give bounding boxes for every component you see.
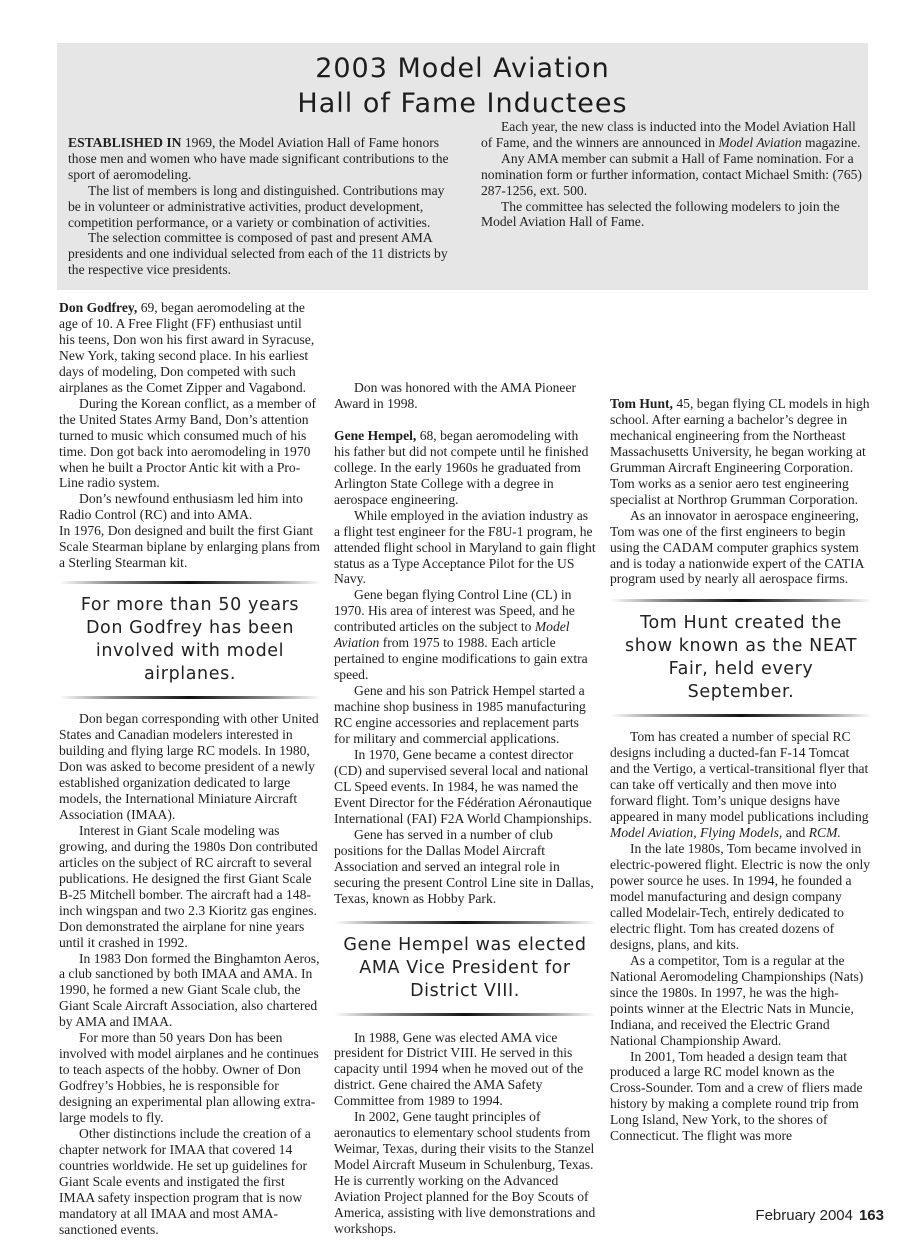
body-paragraph: Gene has served in a number of club posi… bbox=[334, 827, 596, 907]
section-gap bbox=[334, 412, 596, 428]
inductee-name: Gene Hempel, bbox=[334, 428, 416, 443]
intro-paragraph: ESTABLISHED IN 1969, the Model Aviation … bbox=[68, 135, 454, 183]
inductee-name: Don Godfrey, bbox=[59, 300, 137, 315]
pull-quote-text: Tom Hunt created the show known as the N… bbox=[610, 602, 872, 714]
page-number: 163 bbox=[859, 1207, 884, 1224]
intro-paragraph: The selection committee is composed of p… bbox=[68, 230, 454, 278]
body-paragraph: Gene and his son Patrick Hempel started … bbox=[334, 683, 596, 747]
body-paragraph: Don began corresponding with other Unite… bbox=[59, 711, 321, 823]
page-footer: February 2004163 bbox=[755, 1207, 884, 1224]
pull-quote: Tom Hunt created the show known as the N… bbox=[610, 599, 872, 717]
pull-quote-rule bbox=[610, 714, 872, 717]
body-paragraph: Gene began flying Control Line (CL) in 1… bbox=[334, 587, 596, 683]
page-title-line-2: Hall of Fame Inductees bbox=[297, 88, 627, 119]
intro-column-left: ESTABLISHED IN 1969, the Model Aviation … bbox=[68, 135, 454, 278]
inductee-name: Tom Hunt, bbox=[610, 396, 673, 411]
body-paragraph: Don was honored with the AMA Pioneer Awa… bbox=[334, 380, 596, 412]
body-paragraph: Other distinctions include the creation … bbox=[59, 1126, 321, 1238]
body-paragraph: Interest in Giant Scale modeling was gro… bbox=[59, 823, 321, 951]
body-paragraph: In 2001, Tom headed a design team that p… bbox=[610, 1049, 872, 1145]
intro-paragraph: The committee has selected the following… bbox=[481, 199, 863, 231]
page-title: 2003 Model Aviation Hall of Fame Inducte… bbox=[57, 51, 868, 121]
body-paragraph: In 1988, Gene was elected AMA vice presi… bbox=[334, 1030, 596, 1110]
intro-paragraph: Any AMA member can submit a Hall of Fame… bbox=[481, 151, 863, 199]
article-column-2: Don was honored with the AMA Pioneer Awa… bbox=[334, 300, 596, 1237]
inductee-godfrey-intro: Don Godfrey, 69, began aeromodeling at t… bbox=[59, 300, 321, 396]
page-title-line-1: 2003 Model Aviation bbox=[315, 53, 610, 84]
pull-quote-rule bbox=[59, 696, 321, 699]
body-paragraph: In 1976, Don designed and built the firs… bbox=[59, 523, 321, 571]
article-column-1: Don Godfrey, 69, began aeromodeling at t… bbox=[59, 300, 321, 1238]
body-paragraph: During the Korean conflict, as a member … bbox=[59, 396, 321, 492]
pull-quote-rule bbox=[334, 1013, 596, 1016]
body-paragraph: Don’s newfound enthusiasm led him into R… bbox=[59, 491, 321, 523]
inductee-hempel-intro: Gene Hempel, 68, began aeromodeling with… bbox=[334, 428, 596, 508]
intro-box: 2003 Model Aviation Hall of Fame Inducte… bbox=[57, 43, 868, 290]
intro-lead: ESTABLISHED IN bbox=[68, 135, 181, 150]
intro-paragraph: Each year, the new class is inducted int… bbox=[481, 119, 863, 151]
body-paragraph: Tom has created a number of special RC d… bbox=[610, 729, 872, 841]
issue-date: February 2004 bbox=[755, 1207, 853, 1224]
body-paragraph: While employed in the aviation industry … bbox=[334, 508, 596, 588]
pull-quote-text: For more than 50 years Don Godfrey has b… bbox=[59, 584, 321, 696]
inductee-hunt-intro: Tom Hunt, 45, began flying CL models in … bbox=[610, 396, 872, 508]
body-paragraph: In 1983 Don formed the Binghamton Aeros,… bbox=[59, 951, 321, 1031]
pull-quote: For more than 50 years Don Godfrey has b… bbox=[59, 581, 321, 699]
intro-column-right: Each year, the new class is inducted int… bbox=[481, 119, 863, 230]
pull-quote: Gene Hempel was elected AMA Vice Preside… bbox=[334, 921, 596, 1016]
body-paragraph: In the late 1980s, Tom became involved i… bbox=[610, 841, 872, 953]
article-column-3: Tom Hunt, 45, began flying CL models in … bbox=[610, 380, 872, 1144]
body-paragraph: In 1970, Gene became a contest director … bbox=[334, 747, 596, 827]
body-paragraph: As an innovator in aerospace engineering… bbox=[610, 508, 872, 588]
section-gap bbox=[610, 380, 872, 396]
pull-quote-text: Gene Hempel was elected AMA Vice Preside… bbox=[334, 924, 596, 1013]
intro-paragraph: The list of members is long and distingu… bbox=[68, 183, 454, 231]
body-paragraph: In 2002, Gene taught principles of aeron… bbox=[334, 1109, 596, 1237]
body-paragraph: As a competitor, Tom is a regular at the… bbox=[610, 953, 872, 1049]
body-paragraph: For more than 50 years Don has been invo… bbox=[59, 1030, 321, 1126]
